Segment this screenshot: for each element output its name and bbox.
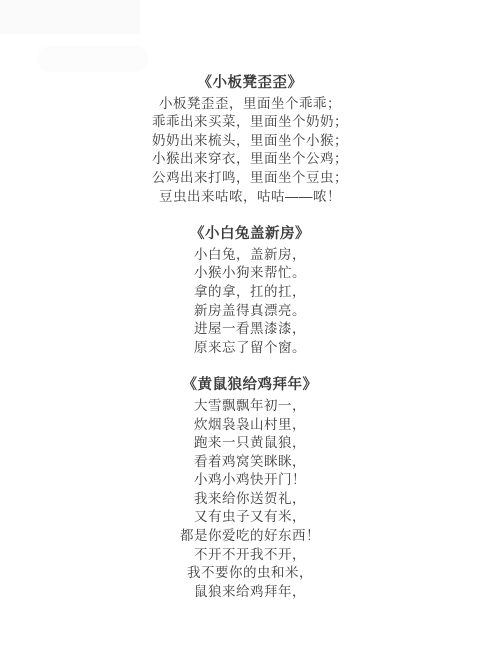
- poem-line: 我不要你的虫和米，: [0, 564, 500, 583]
- poem-line: 小白兔，盖新房，: [0, 246, 500, 265]
- poem-line: 小板凳歪歪，里面坐个乖乖；: [0, 95, 500, 114]
- poem-line: 大雪飘飘年初一，: [0, 397, 500, 416]
- poem-xiaobandeng: 《小板凳歪歪》 小板凳歪歪，里面坐个乖乖； 乖乖出来买菜，里面坐个奶奶； 奶奶出…: [0, 74, 500, 206]
- poem-title: 《小白兔盖新房》: [0, 225, 500, 244]
- poem-line: 鼠狼来给鸡拜年，: [0, 583, 500, 602]
- poem-line: 小猴出来穿衣，里面坐个公鸡；: [0, 150, 500, 169]
- poem-line: 小猴小狗来帮忙。: [0, 264, 500, 283]
- poem-line: 公鸡出来打鸣，里面坐个豆虫；: [0, 169, 500, 188]
- poem-line: 原来忘了留个窗。: [0, 339, 500, 358]
- poem-line: 进屋一看黑漆漆，: [0, 320, 500, 339]
- poem-line: 新房盖得真漂亮。: [0, 302, 500, 321]
- poem-line: 拿的拿，扛的扛，: [0, 283, 500, 302]
- poem-line: 跑来一只黄鼠狼，: [0, 434, 500, 453]
- poem-line: 又有虫子又有米，: [0, 508, 500, 527]
- poem-title: 《小板凳歪歪》: [0, 74, 500, 93]
- poem-line: 炊烟袅袅山村里，: [0, 416, 500, 435]
- poem-xiaobaitu: 《小白兔盖新房》 小白兔，盖新房， 小猴小狗来帮忙。 拿的拿，扛的扛， 新房盖得…: [0, 225, 500, 357]
- poem-line: 都是你爱吃的好东西！: [0, 527, 500, 546]
- document-page: 《小板凳歪歪》 小板凳歪歪，里面坐个乖乖； 乖乖出来买菜，里面坐个奶奶； 奶奶出…: [0, 0, 500, 601]
- poem-line: 小鸡小鸡快开门！: [0, 471, 500, 490]
- poem-huangshulang: 《黄鼠狼给鸡拜年》 大雪飘飘年初一， 炊烟袅袅山村里， 跑来一只黄鼠狼， 看着鸡…: [0, 376, 500, 601]
- poem-line: 不开不开我不开，: [0, 546, 500, 565]
- poem-line: 乖乖出来买菜，里面坐个奶奶；: [0, 113, 500, 132]
- poem-line: 奶奶出来梳头，里面坐个小猴；: [0, 132, 500, 151]
- poem-line: 我来给你送贺礼，: [0, 490, 500, 509]
- poem-line: 豆虫出来咕哝，咕咕——哝！: [0, 188, 500, 207]
- poem-line: 看着鸡窝笑眯眯，: [0, 453, 500, 472]
- poem-title: 《黄鼠狼给鸡拜年》: [0, 376, 500, 395]
